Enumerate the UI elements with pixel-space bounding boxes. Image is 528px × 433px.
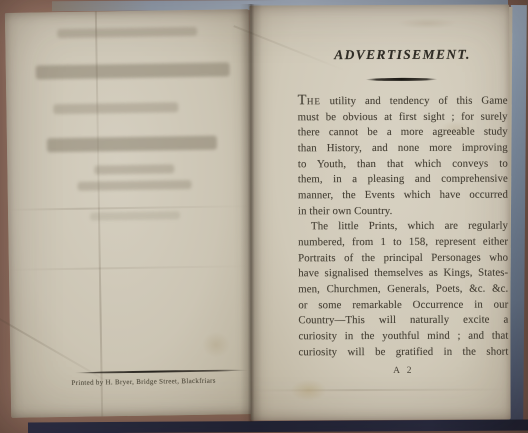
page-heading: ADVERTISEMENT. [295,47,509,64]
body-line: curiosity will be gratified in the short [298,344,508,360]
body-line: to Youth, than that which conveys to [298,156,508,172]
body-line: men, Churchmen, Generals, Poets, &c. &c. [298,281,508,297]
showthrough-text-band [94,164,174,174]
line-text: utility and tendency of this Game [321,95,508,108]
paper-stain [397,18,457,29]
heading-rule [366,78,438,81]
paper-stain [202,331,230,357]
showthrough-text-band [36,62,230,79]
showthrough-text-band [53,102,178,114]
body-line: than History, and none more improving [298,141,508,157]
imprint-rule [74,369,248,374]
body-line: have signalised themselves as Kings, Sta… [298,266,508,282]
right-page: ADVERTISEMENT. THE utility and tendency … [249,5,510,421]
book-cover-bottom-edge [28,419,528,433]
left-page: Printed by H. Bryer, Bridge Street, Blac… [5,9,255,418]
page-crease [251,389,511,392]
signature-mark: A 2 [299,366,509,377]
body-line: curiosity in the youthful mind ; and tha… [298,328,508,344]
body-line: them, in a pleasing and comprehensive [298,172,508,188]
showthrough-text-band [90,211,180,220]
body-line: The little Prints, which are regularly [298,219,508,235]
body-text: THE utility and tendency of this Game mu… [298,93,509,361]
body-line: THE utility and tendency of this Game [298,93,508,110]
showthrough-text-band [57,27,197,38]
body-line: manner, the Events which have occurred [298,187,508,203]
book-photo: Printed by H. Bryer, Bridge Street, Blac… [0,0,528,433]
paper-stain [291,379,327,401]
lead-capital: T [298,92,307,108]
lead-small-caps: HE [307,96,321,106]
body-line: in their own Country. [298,203,508,219]
showthrough-text-band [47,136,217,153]
body-line: Country—This will naturally excite a [298,313,508,329]
page-crease [9,265,253,271]
body-line: must be obvious at first sight ; for sur… [298,109,508,125]
body-line: Portraits of the principal Personages wh… [298,250,508,266]
showthrough-text-band [77,180,191,191]
printer-imprint: Printed by H. Bryer, Bridge Street, Blac… [39,376,249,387]
body-line: there cannot be a more agreeable study [298,125,508,141]
body-line: numbered, from 1 to 158, represent eithe… [298,234,508,250]
page-crease [8,205,252,211]
body-line: or some remarkable Occurrence in our [298,297,508,313]
